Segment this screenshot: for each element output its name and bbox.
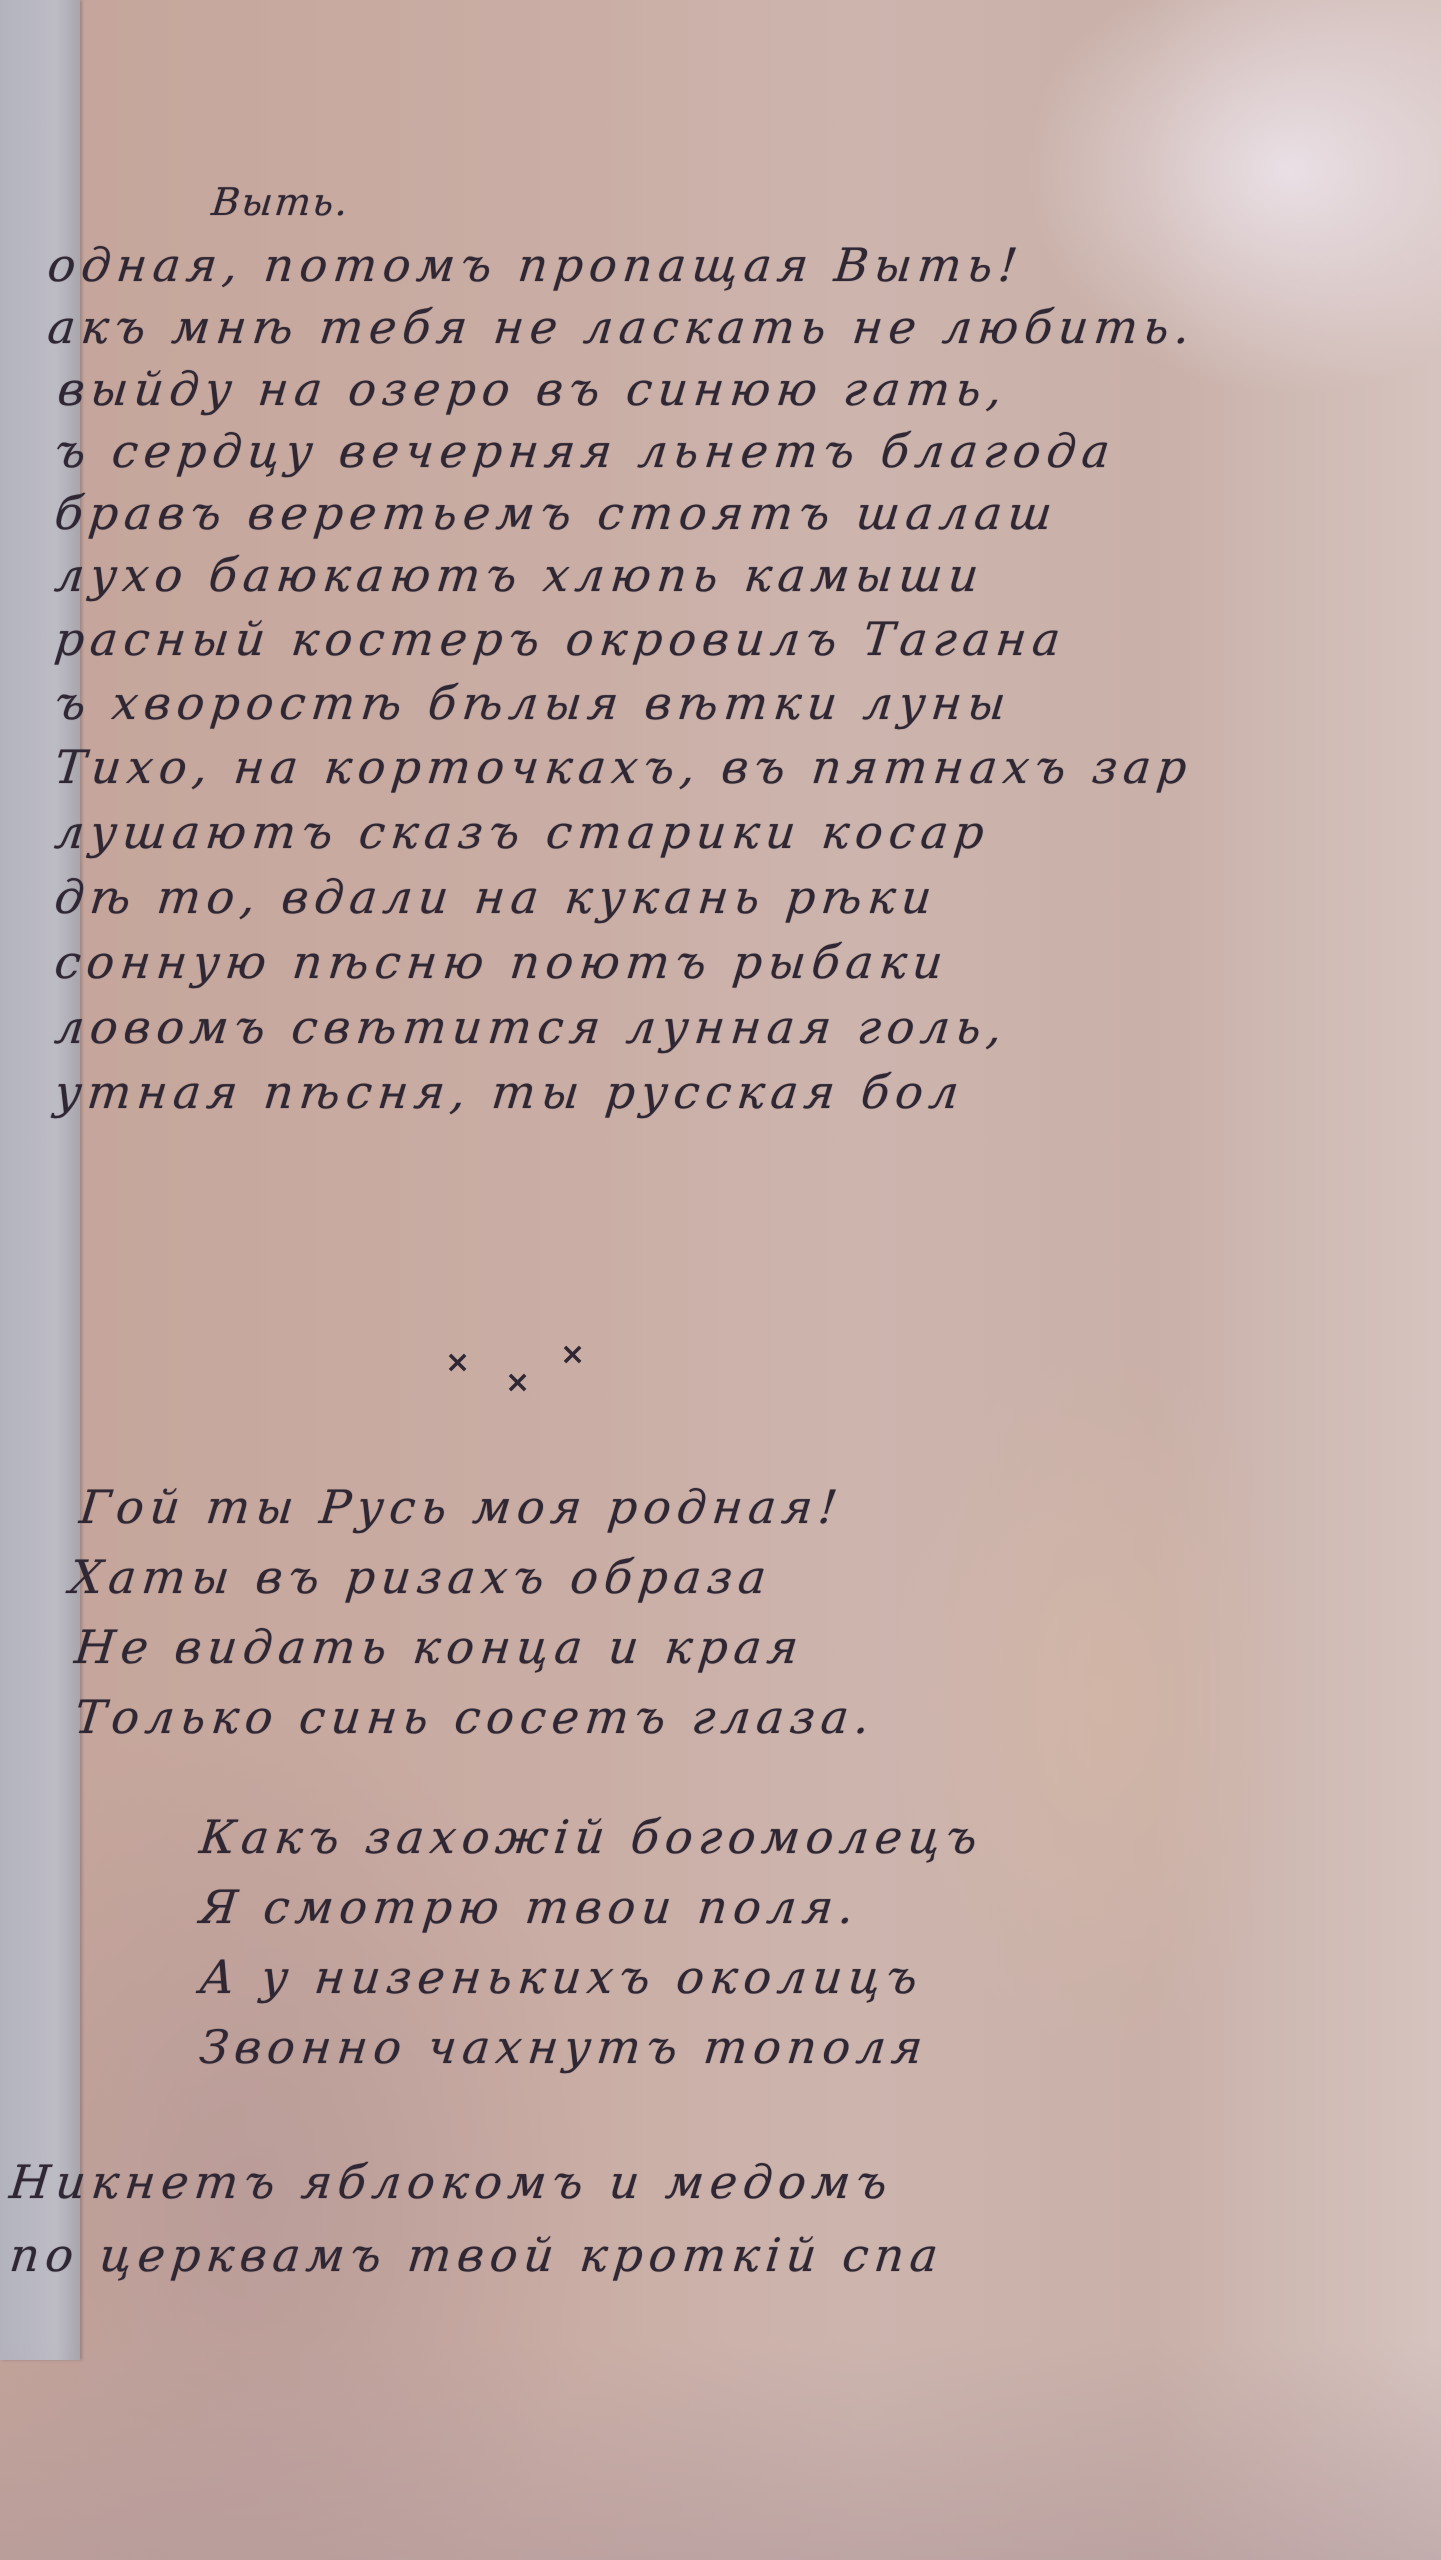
poem-two-line: Какъ захожій богомолецъ (197, 1810, 986, 1864)
poem-two-line: А у низенькихъ околицъ (197, 1950, 926, 2004)
poem-one-line: акъ мнѣ тебя не ласкать не любить. (45, 300, 1198, 354)
poem-one-line: ловомъ свѣтится лунная голь, (52, 1000, 1010, 1054)
poem-two-line: Хаты въ ризахъ образа (67, 1550, 775, 1604)
poem-title: Выть. (210, 180, 352, 224)
paper-bottom-area (0, 2340, 1441, 2560)
poem-one-line: лухо баюкаютъ хлюпь камыши (52, 548, 987, 602)
poem-one-line: сонную пѣсню поютъ рыбаки (52, 935, 951, 989)
left-margin-paper-edge (0, 0, 80, 2360)
poem-one-line: выйду на озеро въ синюю гать, (55, 362, 1010, 416)
separator-cross: × (505, 1365, 530, 1400)
poem-two-line: по церквамъ твой кроткій спа (7, 2228, 946, 2282)
poem-two-line: Только синь сосетъ глаза. (72, 1690, 878, 1744)
poem-two-line: Никнетъ яблокомъ и медомъ (7, 2155, 896, 2209)
poem-one-line: дѣ то, вдали на кукань рѣки (52, 870, 940, 924)
separator-cross: × (560, 1337, 585, 1372)
poem-one-line: утная пѣсня, ты русская бол (52, 1065, 967, 1119)
poem-two-line: Гой ты Русь моя родная! (77, 1480, 846, 1534)
separator-cross: × (445, 1345, 470, 1380)
poem-two-line: Не видать конца и края (72, 1620, 807, 1674)
poem-one-line: Тихо, на корточкахъ, въ пятнахъ зар (52, 740, 1195, 794)
poem-one-line: лушаютъ сказъ старики косар (52, 805, 992, 859)
manuscript-photo: Выть. одная, потомъ пропащая Выть! акъ м… (0, 0, 1441, 2560)
poem-one-line: ъ сердцу вечерняя льнетъ благода (52, 424, 1118, 478)
poem-one-line: ъ хворостѣ бѣлыя вѣтки луны (52, 676, 1014, 730)
poem-one-line: расный костеръ окровилъ Тагана (52, 612, 1069, 666)
poem-one-line: бравъ веретьемъ стоятъ шалаш (52, 486, 1060, 540)
poem-one-line: одная, потомъ пропащая Выть! (45, 238, 1026, 292)
section-separator-asterism: × × × (445, 1345, 585, 1415)
poem-two-line: Я смотрю твои поля. (197, 1880, 862, 1934)
poem-two-line: Звонно чахнутъ тополя (197, 2020, 931, 2074)
